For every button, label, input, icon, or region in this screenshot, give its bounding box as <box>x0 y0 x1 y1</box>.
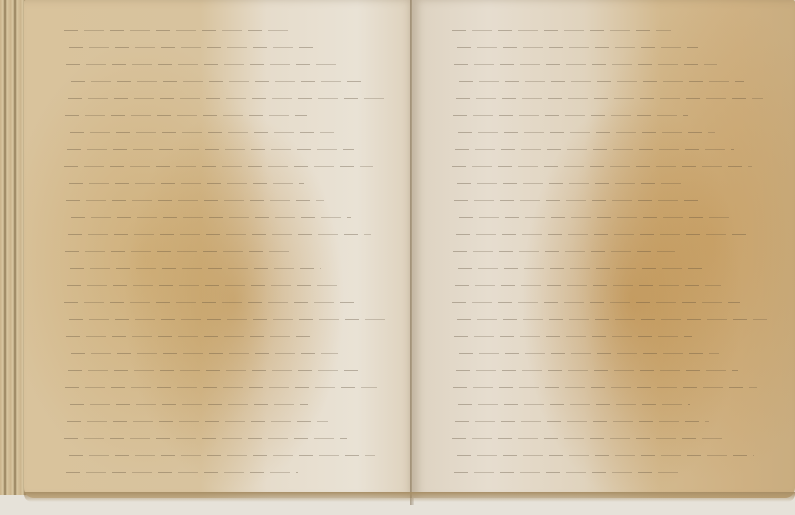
handwriting-line <box>69 319 388 320</box>
handwriting-line <box>456 234 750 235</box>
handwriting-line <box>67 149 354 150</box>
handwriting-line <box>458 268 702 269</box>
handwriting-line <box>68 98 384 99</box>
handwriting-line <box>458 132 715 133</box>
handwriting-line <box>66 200 324 201</box>
handwriting-line <box>457 455 754 456</box>
handwriting-line <box>456 370 738 371</box>
handwriting-line <box>455 285 721 286</box>
handwriting-line <box>66 336 311 337</box>
handwriting-line <box>65 251 294 252</box>
handwriting-line <box>68 370 358 371</box>
left-page: Left manuscript page <box>24 0 416 498</box>
handwriting-line <box>64 30 289 31</box>
handwriting-line <box>64 166 373 167</box>
handwriting-line <box>455 421 709 422</box>
handwriting-line <box>459 217 731 218</box>
handwriting-line <box>457 47 698 48</box>
handwriting-line <box>457 183 685 184</box>
right-page: Right manuscript page <box>412 0 795 498</box>
handwriting-line <box>69 47 317 48</box>
handwriting-line <box>71 81 364 82</box>
handwriting-line <box>454 64 717 65</box>
handwriting-line <box>454 200 704 201</box>
handwriting-line <box>457 319 767 320</box>
handwriting-line <box>454 472 679 473</box>
handwriting-line <box>71 353 338 354</box>
handwriting-line <box>452 438 727 439</box>
handwriting-line <box>455 149 734 150</box>
handwriting-line <box>65 115 307 116</box>
handwriting-line <box>452 302 740 303</box>
handwriting-line <box>65 387 377 388</box>
handwriting-line <box>64 302 360 303</box>
handwriting-line <box>69 183 304 184</box>
right-handwriting <box>452 30 765 458</box>
handwriting-line <box>67 285 341 286</box>
book-bottom-edge <box>24 492 795 502</box>
handwriting-line <box>68 234 371 235</box>
handwriting-line <box>70 132 334 133</box>
handwriting-line <box>454 336 692 337</box>
handwriting-line <box>453 387 757 388</box>
handwriting-line <box>452 166 752 167</box>
handwriting-line <box>66 64 336 65</box>
handwriting-line <box>70 268 321 269</box>
handwriting-line <box>452 30 671 31</box>
handwriting-line <box>64 438 347 439</box>
handwriting-line <box>453 115 688 116</box>
handwriting-line <box>459 81 744 82</box>
handwriting-line <box>453 251 675 252</box>
handwriting-line <box>69 455 375 456</box>
handwriting-line <box>71 217 351 218</box>
left-handwriting <box>64 30 386 458</box>
handwriting-line <box>70 404 308 405</box>
manuscript-photo: Left manuscript page Right manuscript pa… <box>0 0 795 515</box>
handwriting-line <box>459 353 719 354</box>
handwriting-line <box>458 404 690 405</box>
handwriting-line <box>456 98 763 99</box>
handwriting-line <box>66 472 298 473</box>
handwriting-line <box>67 421 328 422</box>
